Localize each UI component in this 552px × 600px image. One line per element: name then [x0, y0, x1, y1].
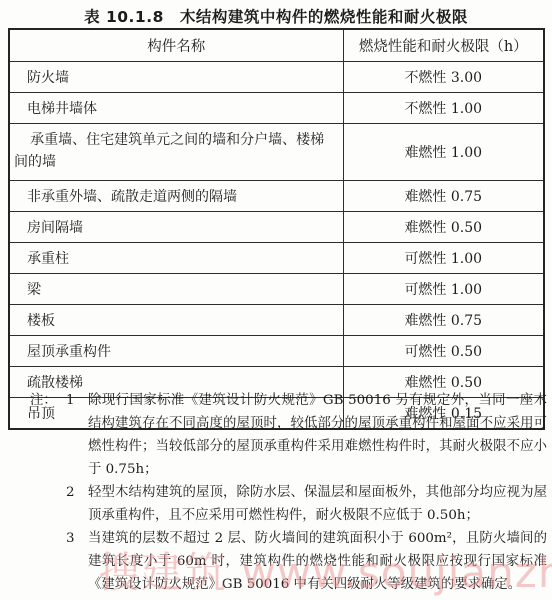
component-name-cell: 楼板 — [9, 305, 343, 336]
header-row: 构件名称 燃烧性能和耐火极限（h） — [9, 29, 544, 62]
rating-value-cell: 不燃性 3.00 — [343, 62, 544, 93]
table-row: 承重柱 可燃性 1.00 — [9, 243, 544, 274]
rating-value-cell: 不燃性 1.00 — [343, 93, 544, 124]
rating-value-cell: 可燃性 1.00 — [343, 243, 544, 274]
table-row: 房间隔墙 难燃性 0.50 — [9, 212, 544, 243]
rating-value-cell: 可燃性 1.00 — [343, 274, 544, 305]
table-row: 电梯井墙体 不燃性 1.00 — [9, 93, 544, 124]
rating-value-cell: 可燃性 0.50 — [343, 336, 544, 367]
column-header-component: 构件名称 — [9, 29, 343, 62]
table-row: 屋顶承重构件 可燃性 0.50 — [9, 336, 544, 367]
note-item: 3 当建筑的层数不超过 2 层、防火墙间的建筑面积小于 600m²，且防火墙间的… — [30, 527, 547, 596]
table-row: 非承重外墙、疏散走道两侧的隔墙 难燃性 0.75 — [9, 181, 544, 212]
component-name-cell: 梁 — [9, 274, 343, 305]
component-name-cell: 承重墙、住宅建筑单元之间的墙和分户墙、楼梯间的墙 — [9, 124, 343, 181]
component-name-cell: 房间隔墙 — [9, 212, 343, 243]
column-header-rating: 燃烧性能和耐火极限（h） — [343, 29, 544, 62]
rating-value-cell: 难燃性 0.75 — [343, 181, 544, 212]
component-name-cell: 电梯井墙体 — [9, 93, 343, 124]
note-number: 3 — [66, 527, 88, 550]
note-number: 2 — [66, 481, 88, 504]
fire-resistance-table: 构件名称 燃烧性能和耐火极限（h） 防火墙 不燃性 3.00 电梯井墙体 不燃性… — [8, 28, 545, 430]
component-name-cell: 非承重外墙、疏散走道两侧的隔墙 — [9, 181, 343, 212]
rating-value-cell: 难燃性 1.00 — [343, 124, 544, 181]
notes-label: 注： — [30, 389, 66, 412]
component-name-cell: 屋顶承重构件 — [9, 336, 343, 367]
note-number: 1 — [66, 389, 88, 412]
table-caption: 表 10.1.8 木结构建筑中构件的燃烧性能和耐火极限 — [0, 0, 552, 27]
table-row: 梁 可燃性 1.00 — [9, 274, 544, 305]
note-item: 注： 1 除现行国家标准《建筑设计防火规范》GB 50016 另有规定外，当同一… — [30, 389, 547, 481]
table-row: 防火墙 不燃性 3.00 — [9, 62, 544, 93]
document-page: 表 10.1.8 木结构建筑中构件的燃烧性能和耐火极限 构件名称 燃烧性能和耐火… — [0, 0, 552, 600]
note-text: 轻型木结构建筑的屋顶，除防水层、保温层和屋面板外，其他部分均应视为屋顶承重构件，… — [88, 481, 547, 527]
rating-value-cell: 难燃性 0.50 — [343, 212, 544, 243]
note-text: 当建筑的层数不超过 2 层、防火墙间的建筑面积小于 600m²，且防火墙间的建筑… — [88, 527, 547, 596]
component-name-cell: 防火墙 — [9, 62, 343, 93]
table-row: 楼板 难燃性 0.75 — [9, 305, 544, 336]
rating-value-cell: 难燃性 0.75 — [343, 305, 544, 336]
component-name-cell: 承重柱 — [9, 243, 343, 274]
table-row: 承重墙、住宅建筑单元之间的墙和分户墙、楼梯间的墙 难燃性 1.00 — [9, 124, 544, 181]
note-text: 除现行国家标准《建筑设计防火规范》GB 50016 另有规定外，当同一座木结构建… — [88, 389, 547, 481]
note-item: 2 轻型木结构建筑的屋顶，除防水层、保温层和屋面板外，其他部分均应视为屋顶承重构… — [30, 481, 547, 527]
notes-section: 注： 1 除现行国家标准《建筑设计防火规范》GB 50016 另有规定外，当同一… — [30, 389, 547, 596]
